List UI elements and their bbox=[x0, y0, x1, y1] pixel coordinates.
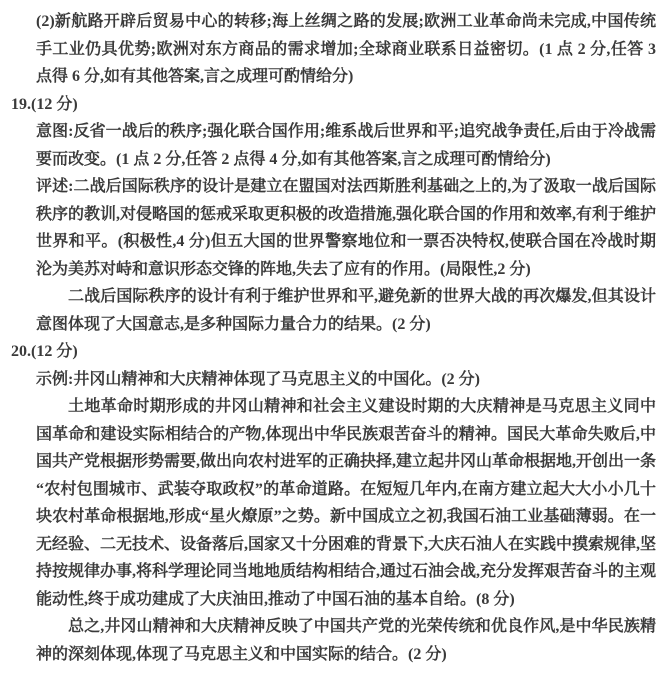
scanned-answer-page: (2)新航路开辟后贸易中心的转移;海上丝绸之路的发展;欧洲工业革命尚未完成,中国… bbox=[0, 0, 667, 680]
question-19-intent: 意图:反省一战后的秩序;强化联合国作用;维系战后世界和平;追究战争责任,后由于冷… bbox=[36, 118, 656, 173]
question-20-elaboration: 土地革命时期形成的井冈山精神和社会主义建设时期的大庆精神是马克思主义同中国革命和… bbox=[36, 393, 656, 613]
question-20-number: 20.(12 分) bbox=[11, 338, 656, 366]
answer-paragraph-18-2: (2)新航路开辟后贸易中心的转移;海上丝绸之路的发展;欧洲工业革命尚未完成,中国… bbox=[36, 8, 656, 91]
question-19-review: 评述:二战后国际秩序的设计是建立在盟国对法西斯胜利基础之上的,为了汲取一战后国际… bbox=[36, 173, 656, 283]
question-20-summary: 总之,井冈山精神和大庆精神反映了中国共产党的光荣传统和优良作风,是中华民族精神的… bbox=[36, 613, 656, 668]
question-20-example: 示例:井冈山精神和大庆精神体现了马克思主义的中国化。(2 分) bbox=[36, 366, 656, 394]
question-19-conclusion: 二战后国际秩序的设计有利于维护世界和平,避免新的世界大战的再次爆发,但其设计意图… bbox=[36, 283, 656, 338]
question-19-number: 19.(12 分) bbox=[11, 91, 656, 119]
